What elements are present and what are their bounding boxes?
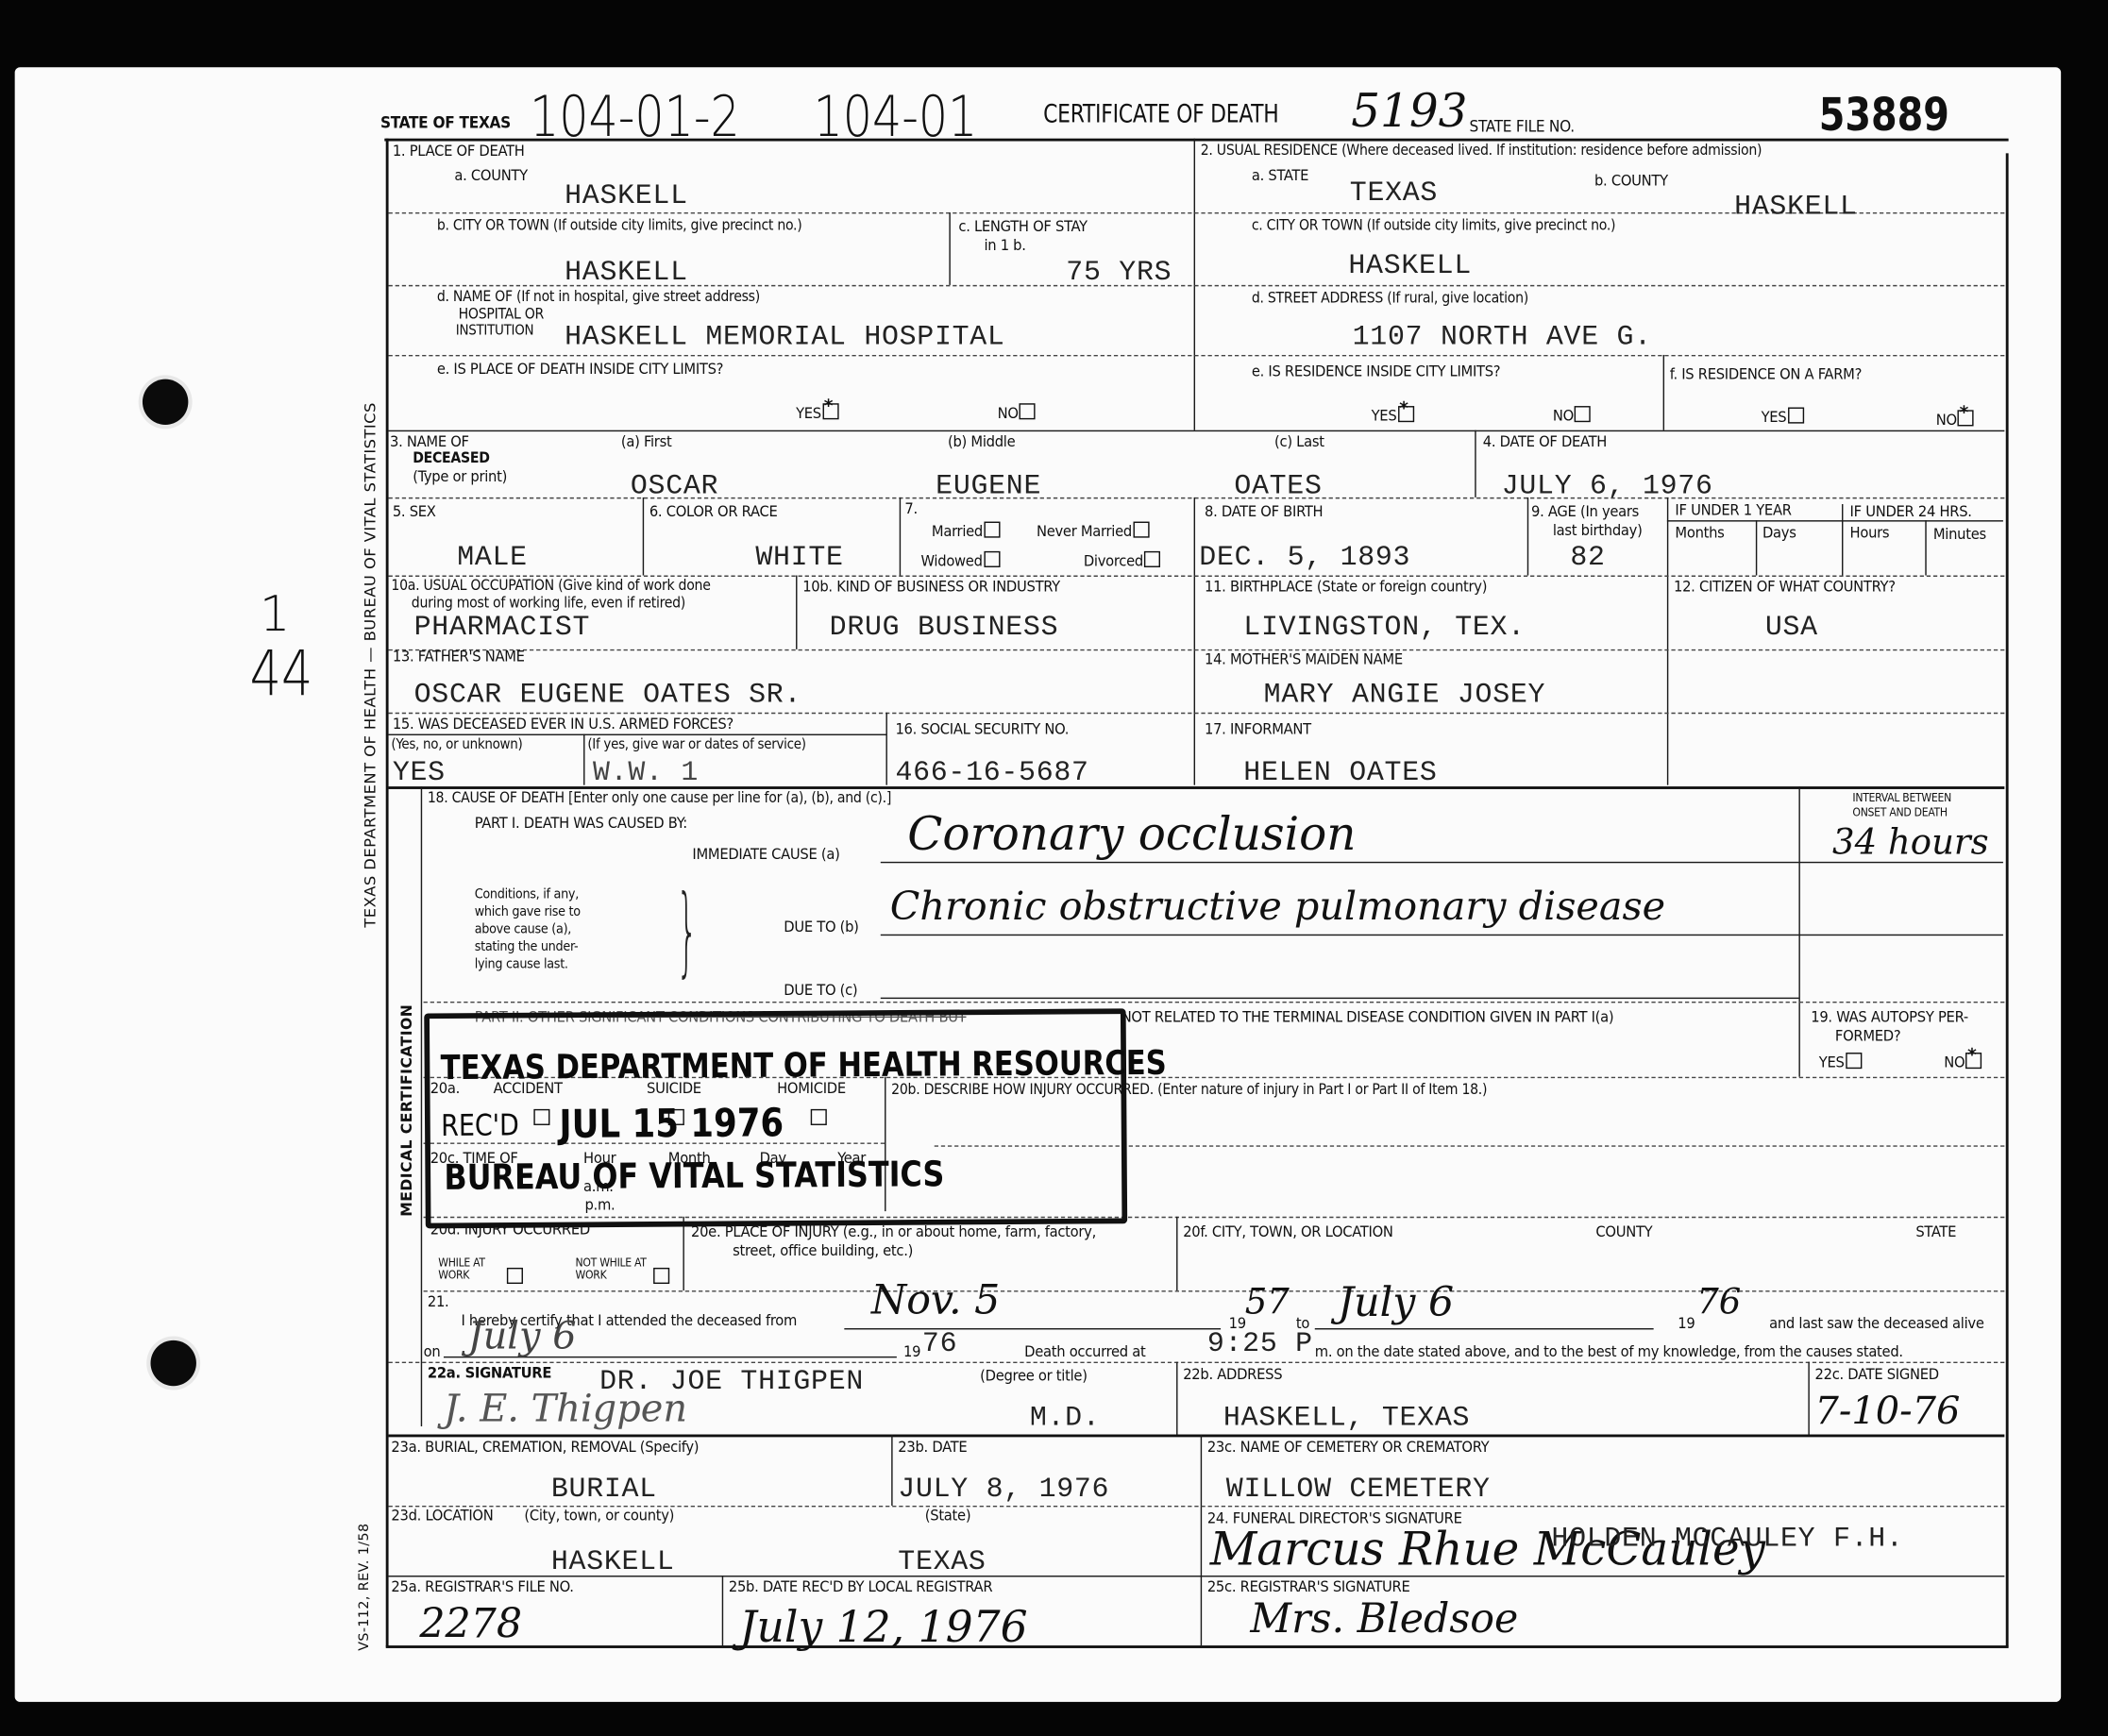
hospital-label-2: HOSPITAL OR [459,307,544,323]
stay-label-2: in 1 b. [984,237,1025,254]
age-label-2: last birthday) [1553,522,1643,539]
days-label: Days [1762,524,1796,541]
yes-text: YES [796,403,821,422]
stamp-date: JUL 15 1976 [559,1100,784,1147]
not-while-at-work-checkbox[interactable] [653,1268,669,1284]
form-left-border [386,139,389,1647]
sex-value: MALE [457,545,528,573]
death-inside-limits-no[interactable]: NO [998,403,1037,421]
disposition-date-label: 23b. DATE [898,1439,967,1456]
yes-checkbox[interactable] [1846,1053,1862,1069]
state-file-number: 53889 [1819,89,1949,143]
location-label: 23d. LOCATION [391,1507,493,1524]
last-seen-date: July 6 [468,1318,577,1356]
res-state-value: TEXAS [1350,180,1438,209]
never-married-text: Never Married [1037,522,1132,541]
last-seen-year: 76 [922,1331,957,1359]
res-inside-limits-no[interactable]: NO [1553,406,1592,424]
degree-label: (Degree or title) [980,1367,1088,1384]
cert-number: 21. [428,1293,449,1310]
while-at-work-label[interactable]: WHILE AT WORK [438,1258,492,1284]
conditions-note-4: stating the under- [475,939,579,954]
res-street-value: 1107 NORTH AVE G. [1353,324,1652,352]
state-file-label: STATE FILE NO. [1470,118,1575,136]
row-line [424,1290,2005,1291]
marital-married[interactable]: Married [932,522,1001,540]
divider [1667,497,1668,785]
res-inside-limits-label: e. IS RESIDENCE INSIDE CITY LIMITS? [1252,363,1501,380]
due-to-c-label: DUE TO (c) [784,982,857,999]
industry-label: 10b. KIND OF BUSINESS OR INDUSTRY [802,578,1060,595]
dob-label: 8. DATE OF BIRTH [1205,503,1323,520]
autopsy-no[interactable]: NO [1944,1053,1982,1070]
divider [1756,520,1757,575]
marital-never-married[interactable]: Never Married [1037,522,1150,540]
yes-text: YES [1372,406,1397,425]
armed-sub-1: (Yes, no, or unknown) [391,738,522,753]
middle-name-label: (b) Middle [948,433,1015,450]
divider [1201,1435,1202,1646]
disposition-method-value: BURIAL [551,1476,657,1505]
registrar-file-value: 2278 [419,1605,522,1645]
punch-hole-bottom [150,1340,195,1386]
cause-b-line [881,935,1799,935]
divider [891,1435,892,1506]
form-top-border [384,139,2008,142]
conditions-note-2: which gave rise to [475,904,581,919]
location-state-label: (State) [925,1507,971,1524]
name-label-2: DECEASED [413,450,489,466]
death-inside-limits-label: e. IS PLACE OF DEATH INSIDE CITY LIMITS? [437,361,723,378]
hospital-value: HASKELL MEMORIAL HOSPITAL [565,324,1004,352]
immediate-cause-label: IMMEDIATE CAUSE (a) [692,846,839,863]
ssn-value: 466-16-5687 [895,760,1088,788]
yes-checkbox-checked[interactable] [1398,406,1414,422]
location-city-value: HASKELL [551,1549,675,1577]
death-inside-limits-yes[interactable]: YES [796,403,838,421]
race-label: 6. COLOR OR RACE [649,503,778,520]
no-text: NO [998,403,1019,422]
first-name-label: (a) First [621,433,672,450]
date-signed-value: 7-10-76 [1815,1392,1961,1430]
date-recd-value: July 12, 1976 [739,1605,1027,1648]
to-year-prefix: 19 [1678,1315,1695,1332]
fill-line [1315,1328,1654,1329]
res-county-label: b. COUNTY [1594,172,1668,189]
interval-value: 34 hours [1832,825,1989,860]
res-city-label: c. CITY OR TOWN (If outside city limits,… [1252,218,1615,234]
funeral-home-value: HOLDEN MCCAULEY F.H. [1551,1525,1903,1554]
due-to-b-value: Chronic obstructive pulmonary disease [890,887,1665,926]
not-while-at-work-text: NOT WHILE AT WORK [576,1257,647,1284]
birthplace-label: 11. BIRTHPLACE (State or foreign country… [1205,578,1487,595]
divider [1527,497,1528,576]
last-seen-year-prefix: 19 [903,1343,920,1360]
length-of-stay-value: 75 YRS [1066,260,1172,288]
row-line [424,1002,2005,1003]
age-value: 82 [1570,545,1605,573]
divorced-text: Divorced [1084,551,1143,570]
row-line [389,497,2005,498]
death-city-value: HASKELL [565,260,688,288]
yes-text: YES [1819,1053,1845,1071]
death-county-value: HASKELL [565,183,688,211]
married-text: Married [932,522,983,541]
war-value: W.W. 1 [593,760,699,788]
armed-sub-2: (If yes, give war or dates of service) [587,738,805,753]
handwritten-local-number: 5193 [1351,89,1467,134]
row-line [389,734,886,735]
divider [900,497,901,576]
row-line [389,649,2005,650]
address-value: HASKELL, TEXAS [1223,1405,1470,1433]
name-label: 3. NAME OF [390,433,469,450]
hospital-label-3: INSTITUTION [456,324,534,339]
interval-label: INTERVAL BETWEEN [1852,793,1951,805]
part1-label: PART I. DEATH WAS CAUSED BY: [475,815,687,832]
autopsy-label: 19. WAS AUTOPSY PER- [1811,1008,1968,1025]
cemetery-label: 23c. NAME OF CEMETERY OR CREMATORY [1207,1439,1490,1456]
brace-icon: } [676,882,698,979]
informant-value: HELEN OATES [1243,760,1437,788]
armed-forces-label: 15. WAS DECEASED EVER IN U.S. ARMED FORC… [393,716,734,733]
divider [1808,1362,1809,1435]
res-farm-no[interactable]: NO [1936,410,1975,428]
disposition-method-label: 23a. BURIAL, CREMATION, REMOVAL (Specify… [391,1439,699,1456]
signature-label: 22a. SIGNATURE [428,1364,551,1381]
registrar-signature: Mrs. Bledsoe [1250,1600,1518,1641]
medical-column-divider [421,786,422,1426]
cemetery-value: WILLOW CEMETERY [1226,1476,1491,1505]
row-line [389,355,2005,356]
date-of-death-label: 4. DATE OF DEATH [1483,433,1607,450]
months-label: Months [1675,524,1724,541]
cert-text-3: m. on the date stated above, and to the … [1315,1343,1903,1360]
industry-value: DRUG BUSINESS [830,615,1059,643]
last-name-label: (c) Last [1274,433,1324,450]
marital-label: 7. [904,500,917,517]
cert-text-2: and last saw the deceased alive [1769,1315,1984,1332]
injury-city-label: 20f. CITY, TOWN, OR LOCATION [1183,1223,1392,1240]
attended-from-date: Nov. 5 [871,1281,1001,1322]
handwritten-code-2: 104-01 [814,89,978,145]
death-occurred-label: Death occurred at [1024,1343,1145,1360]
under-24hrs-label: IF UNDER 24 HRS. [1850,503,1972,520]
interval-line-b [1798,935,2002,935]
state-of-texas-label: STATE OF TEXAS [380,114,511,132]
occupation-label: 10a. USUAL OCCUPATION (Give kind of work… [391,578,710,594]
age-label: 9. AGE (In years [1531,503,1639,520]
registrar-signature-label: 25c. REGISTRAR'S SIGNATURE [1207,1578,1410,1595]
injury-county-label: COUNTY [1595,1223,1652,1240]
certificate-title: CERTIFICATE OF DEATH [1043,101,1278,129]
stamp-recd: REC'D [441,1109,519,1143]
mother-label: 14. MOTHER'S MAIDEN NAME [1205,650,1403,667]
divider [1176,1217,1177,1290]
dob-value: DEC. 5, 1893 [1199,545,1410,573]
divider [796,576,797,649]
cause-label: 18. CAUSE OF DEATH [Enter only one cause… [428,790,891,806]
disposition-date-value: JULY 8, 1976 [898,1476,1109,1505]
attended-to-year: 76 [1696,1285,1741,1320]
widowed-text: Widowed [921,551,983,570]
res-county-value: HASKELL [1734,194,1858,222]
date-recd-label: 25b. DATE REC'D BY LOCAL REGISTRAR [729,1578,992,1595]
marital-divorced[interactable]: Divorced [1084,551,1161,569]
row-line [389,1362,2005,1363]
immediate-cause-value: Coronary occlusion [907,812,1356,857]
informant-label: 17. INFORMANT [1205,720,1311,737]
divorced-checkbox[interactable] [1144,551,1160,567]
interval-label-2: ONSET AND DEATH [1852,808,1947,820]
not-while-at-work-label[interactable]: NOT WHILE AT WORK [576,1258,651,1284]
medical-certification-label: MEDICAL CERTIFICATION [398,1004,416,1217]
interval-divider [1798,786,1799,1077]
while-at-work-checkbox[interactable] [507,1268,523,1284]
interval-line-a [1798,862,2002,863]
stamp-line-1: TEXAS DEPARTMENT OF HEALTH RESOURCES [441,1043,1167,1087]
punch-hole-top [143,379,188,425]
hospital-label: d. NAME OF (If not in hospital, give str… [437,289,760,305]
row-line [389,285,2005,286]
divider [1194,497,1195,785]
autopsy-yes[interactable]: YES [1819,1053,1862,1070]
county-label: a. COUNTY [454,167,528,184]
date-signed-label: 22c. DATE SIGNED [1815,1366,1939,1383]
no-checkbox[interactable] [1575,406,1591,422]
row-line [1667,520,2003,521]
usual-residence-label: 2. USUAL RESIDENCE (Where deceased lived… [1201,143,1762,159]
divider [643,497,644,576]
injury-state-label: STATE [1915,1223,1956,1240]
citizen-label: 12. CITIZEN OF WHAT COUNTRY? [1674,578,1896,595]
no-text: NO [1553,406,1574,425]
yes-checkbox[interactable] [1788,408,1804,424]
yes-checkbox-checked[interactable] [822,403,838,419]
registrar-file-label: 25a. REGISTRAR'S FILE NO. [391,1578,573,1595]
res-inside-limits-yes[interactable]: YES [1372,406,1414,424]
divider [683,1217,683,1290]
location-city-label: (City, town, or county) [524,1507,674,1524]
attended-from-year: 57 [1245,1285,1290,1320]
degree-value: M.D. [1030,1405,1101,1433]
cause-a-line [881,862,1799,863]
no-text: NO [1936,410,1957,429]
never-married-checkbox[interactable] [1133,522,1149,538]
divider [885,713,886,785]
citizen-value: USA [1765,615,1818,643]
occupation-label-2: during most of working life, even if ret… [412,596,685,612]
conditions-note-5: lying cause last. [475,957,568,972]
stay-divider [949,212,950,285]
while-at-work-text: WHILE AT WORK [438,1257,484,1284]
res-city-value: HASKELL [1348,253,1472,281]
dod-divider [1475,430,1476,497]
cause-c-line [881,998,1799,999]
conditions-note-1: Conditions, if any, [475,887,579,902]
race-value: WHITE [755,545,843,573]
death-city-label: b. CITY OR TOWN (If outside city limits,… [437,218,802,234]
handwritten-code-1: 104-01-2 [530,89,740,145]
father-value: OSCAR EUGENE OATES SR. [414,682,801,710]
form-right-border [2006,153,2009,1646]
received-stamp: TEXAS DEPARTMENT OF HEALTH RESOURCES REC… [424,1008,1127,1228]
due-to-b-label: DUE TO (b) [784,919,858,935]
divider [1176,1362,1177,1435]
armed-value: YES [393,760,446,788]
part2-label: NOT RELATED TO THE TERMINAL DISEASE COND… [1121,1008,1614,1025]
marital-widowed[interactable]: Widowed [921,551,1001,569]
yes-text: YES [1762,408,1787,427]
location-state-value: TEXAS [898,1549,986,1577]
birthplace-value: LIVINGSTON, TEX. [1243,615,1526,643]
no-checkbox-checked[interactable] [1958,410,1974,426]
physician-signature: J. E. Thigpen [444,1390,687,1428]
place-of-injury-label-2: street, office building, etc.) [733,1242,913,1259]
father-label: 13. FATHER'S NAME [393,648,525,665]
no-checkbox[interactable] [1020,403,1036,419]
place-of-death-label: 1. PLACE OF DEATH [393,143,525,160]
minutes-label: Minutes [1933,526,1986,543]
form-number-label: VS-112, REV. 1/58 [358,1524,373,1651]
widowed-checkbox[interactable] [984,551,1000,567]
res-farm-label: f. IS RESIDENCE ON A FARM? [1670,365,1862,382]
res-state-label: a. STATE [1252,167,1308,184]
agency-vertical-label: TEXAS DEPARTMENT OF HEALTH — BUREAU OF V… [361,402,379,927]
margin-note-top: 1 [260,592,291,640]
margin-note-bottom: 44 [250,643,313,705]
under-year-label: IF UNDER 1 YEAR [1675,501,1791,518]
row-line [389,1576,2005,1576]
res-street-label: d. STREET ADDRESS (If rural, give locati… [1252,291,1528,307]
attended-to-date: July 6 [1338,1284,1454,1324]
sex-label: 5. SEX [393,503,436,520]
no-text: NO [1944,1053,1965,1071]
hours-label: Hours [1850,524,1890,541]
ssn-label: 16. SOCIAL SECURITY NO. [895,720,1069,737]
death-time: 9:25 P [1207,1331,1313,1359]
address-label: 22b. ADDRESS [1183,1366,1282,1383]
autopsy-label-2: FORMED? [1835,1027,1901,1044]
occupation-value: PHARMACIST [414,615,591,643]
fill-line [844,1328,1221,1329]
divider [1842,504,1843,575]
on-label: on [424,1343,441,1360]
married-checkbox[interactable] [984,522,1000,538]
name-label-3: (Type or print) [413,468,507,485]
mother-value: MARY ANGIE JOSEY [1264,682,1546,710]
divider [583,734,584,785]
divider [1925,520,1926,575]
scan-stage: 1 44 TEXAS DEPARTMENT OF HEALTH — BUREAU… [0,0,2108,1736]
divider [722,1576,723,1646]
farm-divider [1663,355,1664,430]
stamp-line-3: BUREAU OF VITAL STATISTICS [444,1155,944,1198]
res-farm-yes[interactable]: YES [1762,408,1804,426]
no-checkbox-checked[interactable] [1966,1053,1982,1069]
stay-label: c. LENGTH OF STAY [958,218,1087,235]
form-bottom-border [386,1645,2009,1648]
conditions-note-3: above cause (a), [475,922,571,937]
